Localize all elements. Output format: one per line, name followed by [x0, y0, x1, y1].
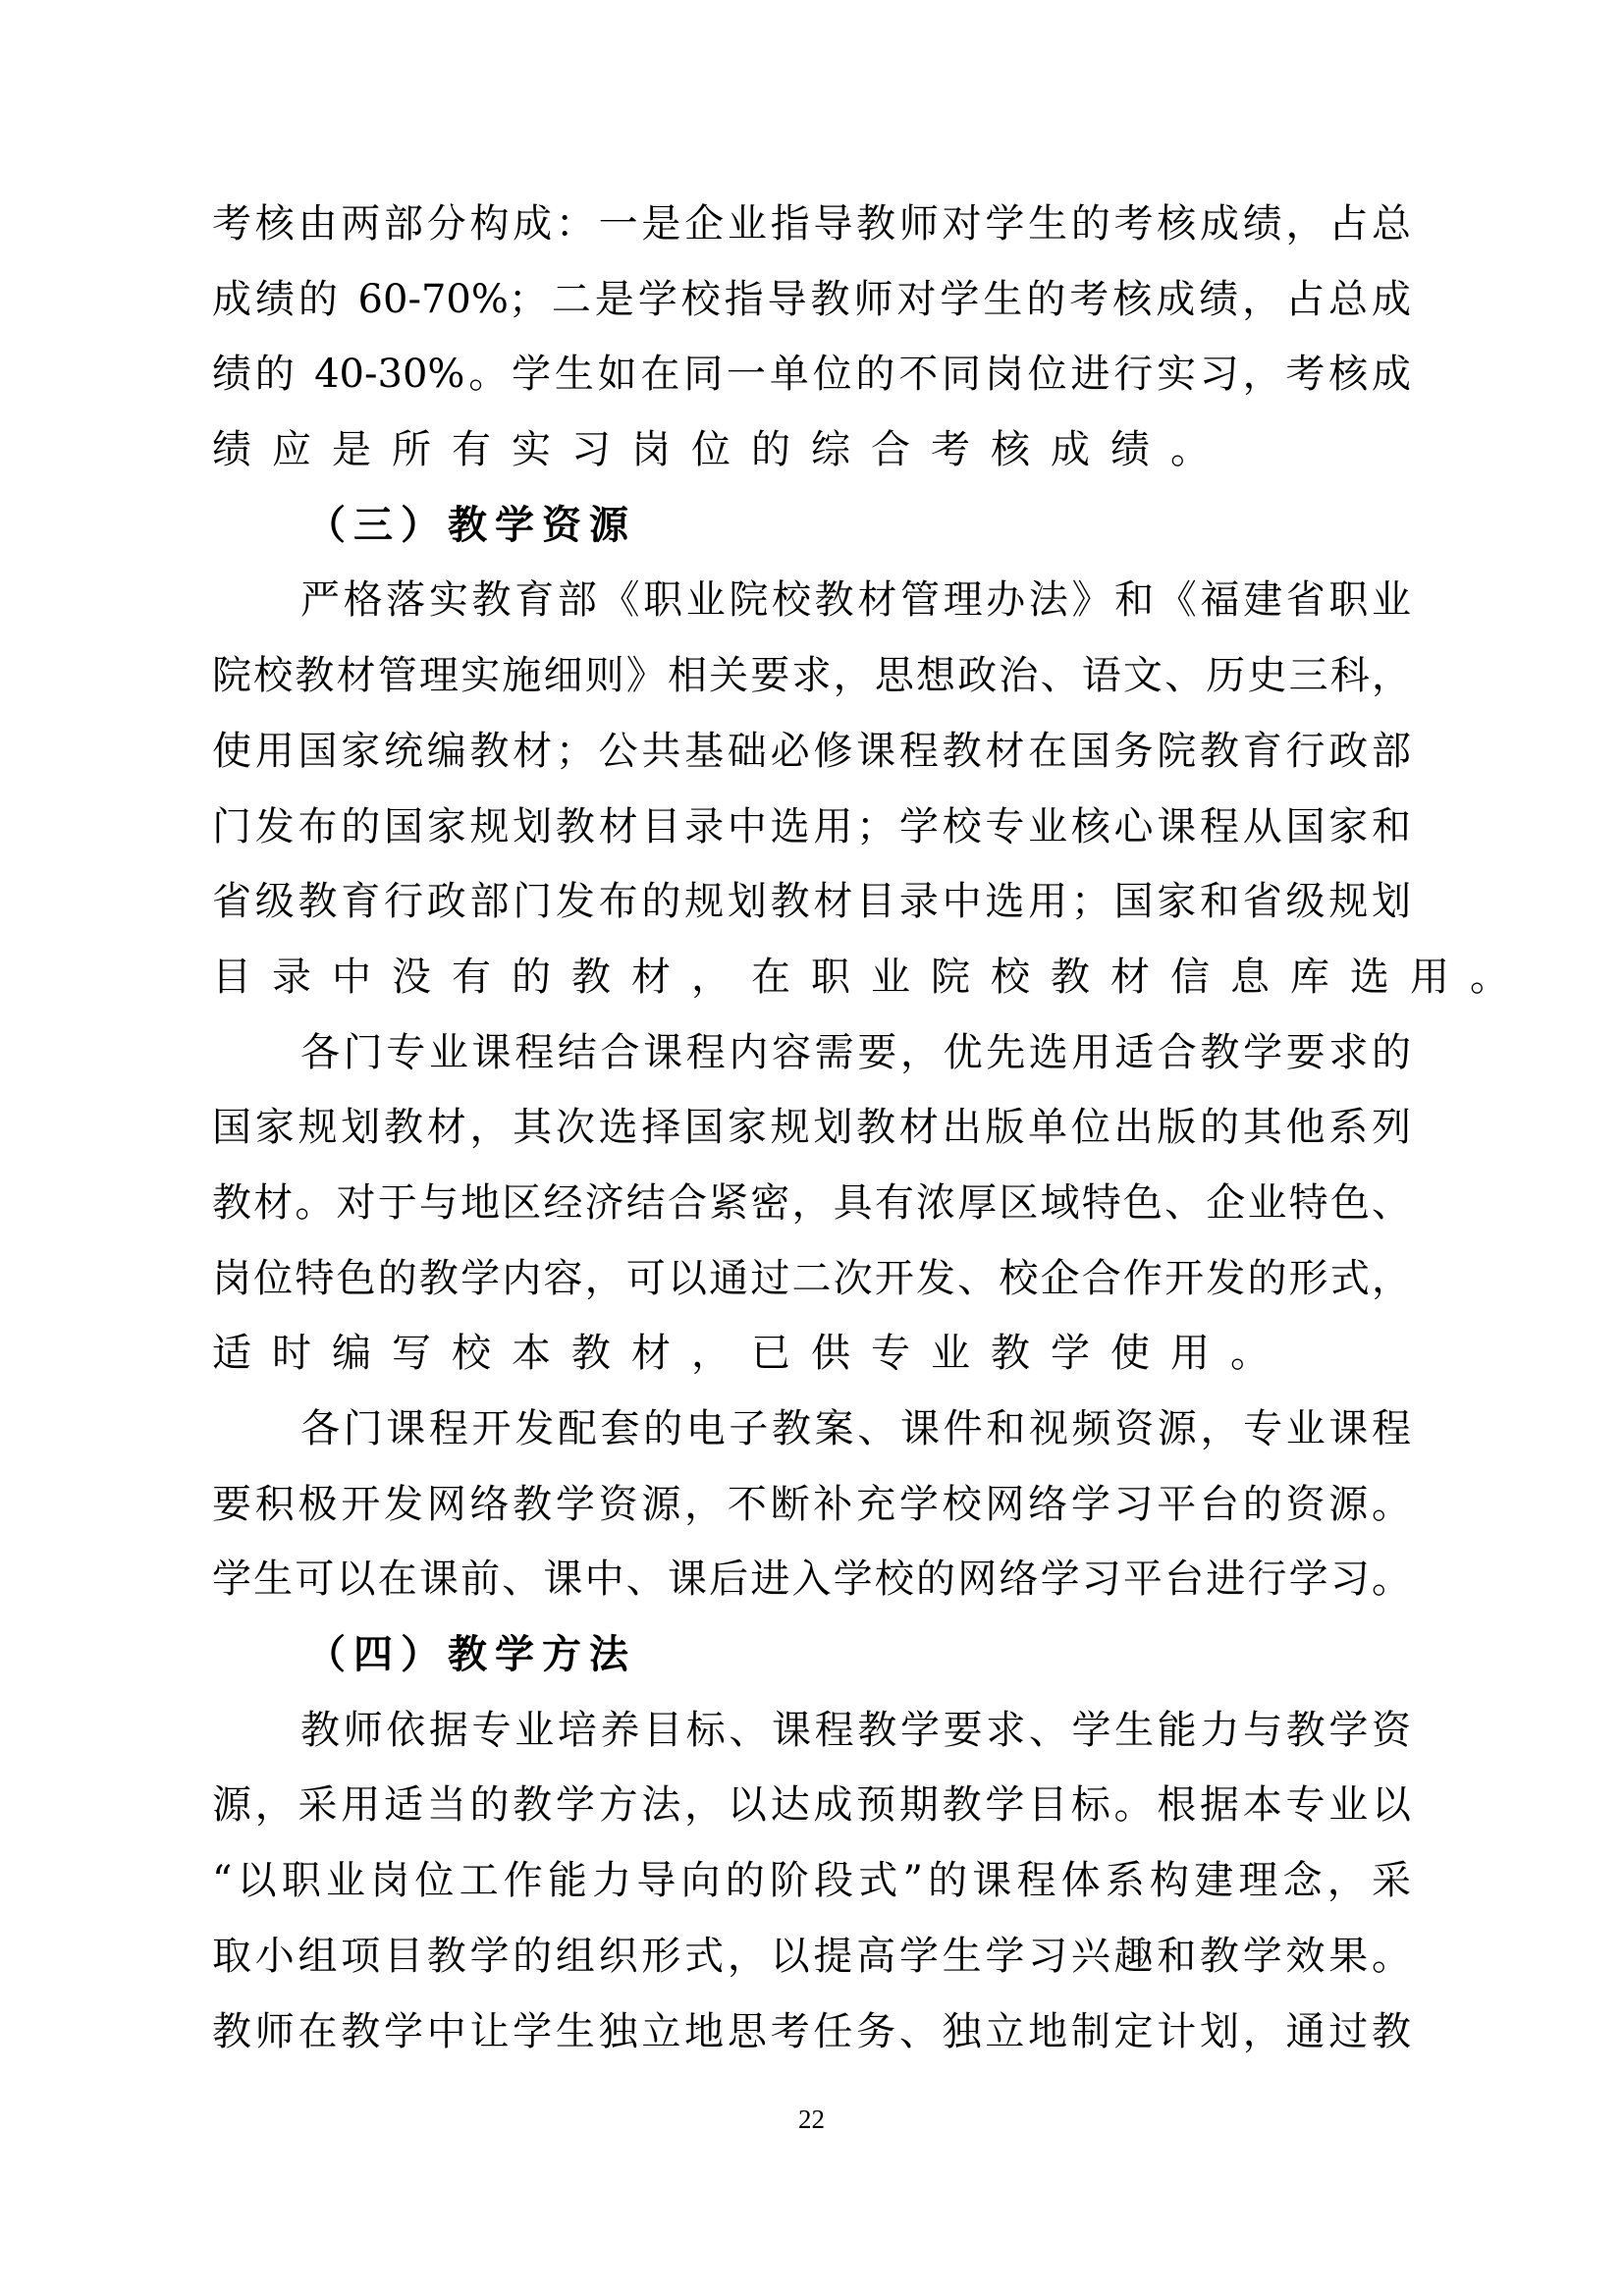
text-line: 各门课程开发配套的电子教案、课件和视频资源，专业课程 — [212, 1392, 1411, 1467]
text-line: 绩应是所有实习岗位的综合考核成绩。 — [212, 412, 1411, 488]
text-line: 教师依据专业培养目标、课程教学要求、学生能力与教学资 — [212, 1693, 1411, 1769]
text-line: 院校教材管理实施细则》相关要求，思想政治、语文、历史三科， — [212, 638, 1411, 714]
text-line: 使用国家统编教材；公共基础必修课程教材在国务院教育行政部 — [212, 714, 1411, 790]
paragraph-teaching-methods: 教师依据专业培养目标、课程教学要求、学生能力与教学资 源，采用适当的教学方法，以… — [212, 1693, 1411, 2069]
text-line: 目录中没有的教材，在职业院校教材信息库选用。 — [212, 940, 1411, 1015]
text-line: 绩的 40-30%。学生如在同一单位的不同岗位进行实习，考核成 — [212, 337, 1411, 412]
text-line: 考核由两部分构成：一是企业指导教师对学生的考核成绩，占总 — [212, 187, 1411, 262]
document-body: 考核由两部分构成：一是企业指导教师对学生的考核成绩，占总 成绩的 60-70%；… — [212, 187, 1411, 2069]
section-heading-teaching-methods: （四）教学方法 — [212, 1617, 1411, 1693]
text-line: 学生可以在课前、课中、课后进入学校的网络学习平台进行学习。 — [212, 1542, 1411, 1617]
text-line: “以职业岗位工作能力导向的阶段式”的课程体系构建理念，采 — [212, 1843, 1411, 1919]
paragraph-textbook-selection: 各门专业课程结合课程内容需要，优先选用适合教学要求的 国家规划教材，其次选择国家… — [212, 1015, 1411, 1392]
text-line: 省级教育行政部门发布的规划教材目录中选用；国家和省级规划 — [212, 864, 1411, 940]
paragraph-textbook-policy: 严格落实教育部《职业院校教材管理办法》和《福建省职业 院校教材管理实施细则》相关… — [212, 563, 1411, 1014]
text-line: 各门专业课程结合课程内容需要，优先选用适合教学要求的 — [212, 1015, 1411, 1091]
paragraph-assessment: 考核由两部分构成：一是企业指导教师对学生的考核成绩，占总 成绩的 60-70%；… — [212, 187, 1411, 488]
text-line: 严格落实教育部《职业院校教材管理办法》和《福建省职业 — [212, 563, 1411, 638]
text-line: 成绩的 60-70%；二是学校指导教师对学生的考核成绩，占总成 — [212, 262, 1411, 338]
paragraph-digital-resources: 各门课程开发配套的电子教案、课件和视频资源，专业课程 要积极开发网络教学资源，不… — [212, 1392, 1411, 1617]
text-line: 要积极开发网络教学资源，不断补充学校网络学习平台的资源。 — [212, 1467, 1411, 1543]
text-line: 源，采用适当的教学方法，以达成预期教学目标。根据本专业以 — [212, 1768, 1411, 1843]
text-line: 教师在教学中让学生独立地思考任务、独立地制定计划，通过教 — [212, 1995, 1411, 2070]
text-line: 教材。对于与地区经济结合紧密，具有浓厚区域特色、企业特色、 — [212, 1166, 1411, 1241]
section-heading-teaching-resources: （三）教学资源 — [212, 488, 1411, 564]
page-number: 22 — [0, 2102, 1623, 2137]
text-line: 岗位特色的教学内容，可以通过二次开发、校企合作开发的形式， — [212, 1241, 1411, 1317]
text-line: 国家规划教材，其次选择国家规划教材出版单位出版的其他系列 — [212, 1090, 1411, 1166]
text-line: 取小组项目教学的组织形式，以提高学生学习兴趣和教学效果。 — [212, 1919, 1411, 1995]
document-page: 考核由两部分构成：一是企业指导教师对学生的考核成绩，占总 成绩的 60-70%；… — [0, 0, 1623, 2296]
text-line: 适时编写校本教材，已供专业教学使用。 — [212, 1316, 1411, 1392]
text-line: 门发布的国家规划教材目录中选用；学校专业核心课程从国家和 — [212, 790, 1411, 865]
